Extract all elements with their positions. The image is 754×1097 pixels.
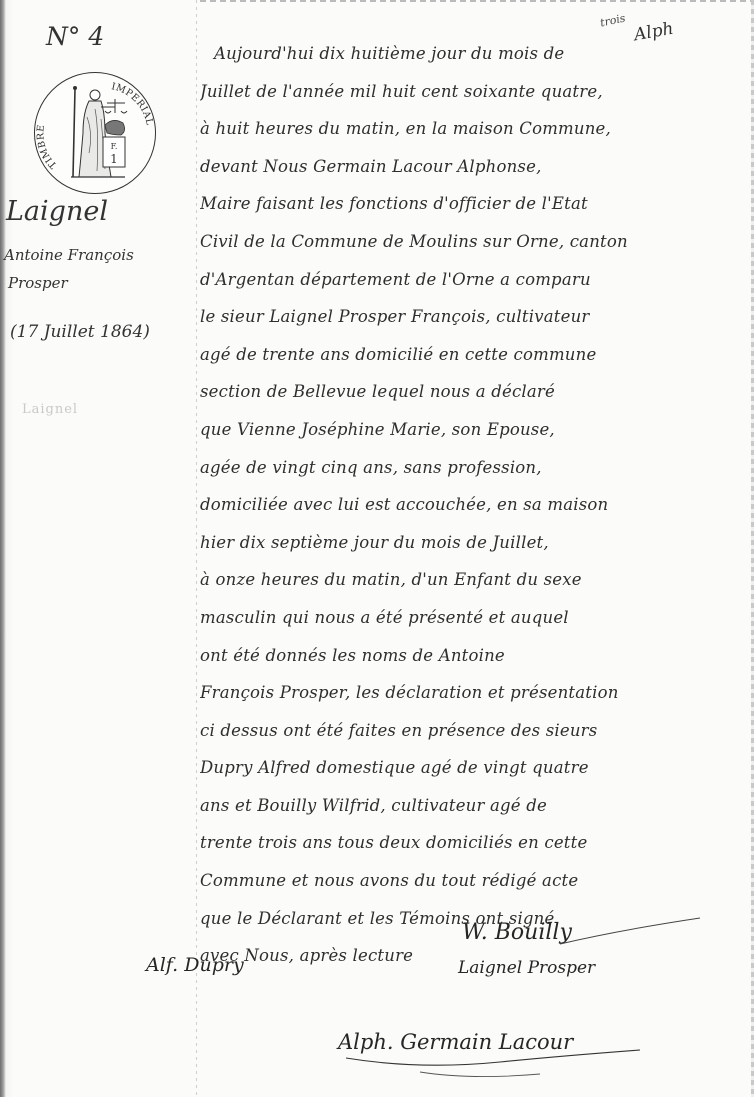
scanned-register-page: N° 4 TIMBRE IMPERIAL F. <box>0 0 754 1097</box>
page-top-edge <box>200 0 754 2</box>
act-text-line: hier dix septième jour du mois de Juille… <box>200 525 750 563</box>
act-text-line: ci dessus ont été faites en présence des… <box>200 713 750 751</box>
margin-rule <box>196 0 197 1097</box>
svg-text:1: 1 <box>110 152 118 166</box>
signature-witness-bouilly: W. Bouilly <box>462 920 572 945</box>
act-text-line: domiciliée avec lui est accouchée, en sa… <box>200 487 750 525</box>
margin-faded-note: Laignel <box>22 402 78 417</box>
signature-declarant: Laignel Prosper <box>458 958 595 978</box>
act-text-line: ans et Bouilly Wilfrid, cultivateur agé … <box>200 788 750 826</box>
act-text-line: Juillet de l'année mil huit cent soixant… <box>200 74 750 112</box>
act-text-line: Dupry Alfred domestique agé de vingt qua… <box>200 750 750 788</box>
act-text-line: le sieur Laignel Prosper François, culti… <box>200 299 750 337</box>
act-text-line: masculin qui nous a été présenté et auqu… <box>200 600 750 638</box>
margin-date: (17 Juillet 1864) <box>10 322 150 342</box>
act-body-text: Aujourd'hui dix huitième jour du mois de… <box>200 36 750 976</box>
margin-surname: Laignel <box>6 196 108 227</box>
interlinear-annotation: trois <box>599 11 627 29</box>
stamp-text-left: TIMBRE <box>35 124 59 171</box>
signature-witness-dupry: Alf. Dupry <box>146 954 244 976</box>
margin-given-names: Antoine François <box>4 246 134 264</box>
act-text-line: à huit heures du matin, en la maison Com… <box>200 111 750 149</box>
stamp-text-right: IMPERIAL <box>110 81 155 127</box>
svg-text:TIMBRE: TIMBRE <box>35 124 59 171</box>
act-text-line: François Prosper, les déclaration et pré… <box>200 675 750 713</box>
act-text-line: Commune et nous avons du tout rédigé act… <box>200 863 750 901</box>
svg-text:IMPERIAL: IMPERIAL <box>110 81 155 127</box>
act-text-line: Civil de la Commune de Moulins sur Orne,… <box>200 224 750 262</box>
act-text-line: Aujourd'hui dix huitième jour du mois de <box>200 36 750 74</box>
act-text-line: Maire faisant les fonctions d'officier d… <box>200 186 750 224</box>
act-text-line: d'Argentan département de l'Orne a compa… <box>200 262 750 300</box>
act-text-line: agée de vingt cinq ans, sans profession, <box>200 450 750 488</box>
act-text-line: agé de trente ans domicilié en cette com… <box>200 337 750 375</box>
imperial-stamp-seal: TIMBRE IMPERIAL F. 1 <box>34 72 156 194</box>
justice-figure-icon: TIMBRE IMPERIAL F. 1 <box>35 73 155 193</box>
act-text-line: trente trois ans tous deux domiciliés en… <box>200 825 750 863</box>
act-text-line: section de Bellevue lequel nous a déclar… <box>200 374 750 412</box>
svg-text:F.: F. <box>111 142 118 151</box>
act-text-line: ont été donnés les noms de Antoine <box>200 638 750 676</box>
margin-given-names-2: Prosper <box>8 274 68 292</box>
signature-mayor: Alph. Germain Lacour <box>338 1030 573 1054</box>
act-number: N° 4 <box>46 22 104 51</box>
act-text-line: que Vienne Joséphine Marie, son Epouse, <box>200 412 750 450</box>
act-text-line: à onze heures du matin, d'un Enfant du s… <box>200 562 750 600</box>
act-text-line: devant Nous Germain Lacour Alphonse, <box>200 149 750 187</box>
